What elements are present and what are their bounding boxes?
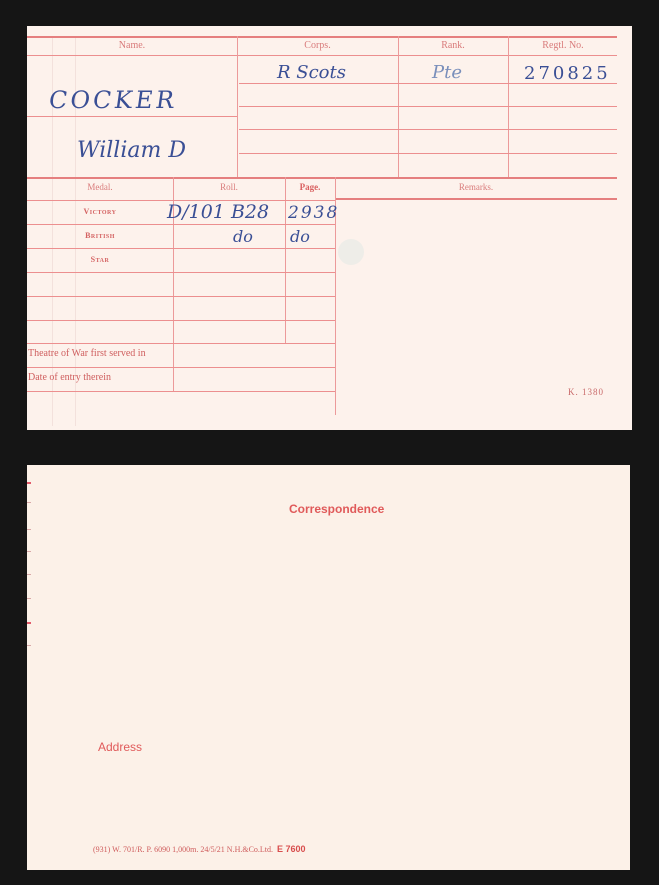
date-of-entry-label: Date of entry therein bbox=[28, 372, 111, 383]
remarks-rule bbox=[336, 198, 617, 200]
medal-index-card-front: Name. Corps. Rank. Regtl. No. COCKER Wil… bbox=[27, 26, 632, 430]
medal-label-victory: Victory bbox=[27, 207, 173, 216]
imprint-code: E 7600 bbox=[277, 844, 306, 854]
name-mid-rule bbox=[27, 116, 237, 117]
correspondence-heading: Correspondence bbox=[289, 502, 384, 516]
edge-tick bbox=[27, 551, 31, 552]
theatre-of-war-label: Theatre of War first served in bbox=[28, 348, 146, 359]
edge-tick bbox=[27, 529, 31, 530]
regtl-no-header: Regtl. No. bbox=[508, 40, 618, 51]
section-divider bbox=[27, 177, 617, 179]
edge-tick bbox=[27, 622, 31, 624]
corps-entry: R Scots bbox=[277, 62, 346, 83]
medal-label-star: Star bbox=[27, 255, 173, 264]
medal-label-british: British bbox=[27, 231, 173, 240]
british-roll-entry: do bbox=[233, 227, 253, 246]
row-rule bbox=[239, 153, 617, 154]
rank-header: Rank. bbox=[398, 40, 508, 51]
edge-tick bbox=[27, 502, 31, 503]
edge-tick bbox=[27, 598, 31, 599]
medal-row-rule bbox=[27, 248, 335, 249]
form-code: K. 1380 bbox=[568, 387, 604, 397]
remarks-header: Remarks. bbox=[335, 182, 617, 192]
address-label: Address bbox=[98, 740, 142, 754]
medal-row-rule bbox=[27, 272, 335, 273]
corps-header: Corps. bbox=[237, 40, 398, 51]
forename-entry: William D bbox=[77, 138, 186, 163]
row-rule bbox=[239, 106, 617, 107]
col-sep-name-corps bbox=[237, 36, 238, 177]
medal-index-card-back: Correspondence Address (931) W. 701/R. P… bbox=[27, 465, 630, 870]
paper-stain bbox=[338, 239, 364, 265]
regtl-no-entry: 270825 bbox=[524, 63, 611, 84]
british-page-entry: do bbox=[290, 227, 310, 246]
edge-tick bbox=[27, 482, 31, 484]
victory-page-entry: 2938 bbox=[288, 203, 339, 223]
medal-row-rule bbox=[27, 320, 335, 321]
imprint-text: (931) W. 701/R. P. 6090 1,000m. 24/5/21 … bbox=[93, 845, 273, 854]
date-row-rule bbox=[27, 367, 335, 368]
theatre-row-rule bbox=[27, 343, 335, 344]
medal-row-rule bbox=[27, 296, 335, 297]
rank-entry: Pte bbox=[432, 62, 462, 83]
medal-header: Medal. bbox=[27, 182, 173, 192]
name-header: Name. bbox=[27, 40, 237, 51]
col-sep-roll-page bbox=[285, 177, 286, 343]
edge-tick bbox=[27, 645, 31, 646]
medal-row-rule bbox=[27, 224, 335, 225]
row-rule bbox=[239, 129, 617, 130]
victory-roll-entry: D/101 B28 bbox=[167, 201, 269, 223]
edge-tick bbox=[27, 574, 31, 575]
top-rule bbox=[27, 36, 617, 38]
bottom-row-rule bbox=[27, 391, 335, 392]
roll-header: Roll. bbox=[173, 182, 285, 192]
header-rule bbox=[27, 55, 617, 56]
printer-imprint: (931) W. 701/R. P. 6090 1,000m. 24/5/21 … bbox=[93, 844, 306, 854]
surname-entry: COCKER bbox=[47, 86, 179, 114]
page-header: Page. bbox=[285, 182, 335, 192]
